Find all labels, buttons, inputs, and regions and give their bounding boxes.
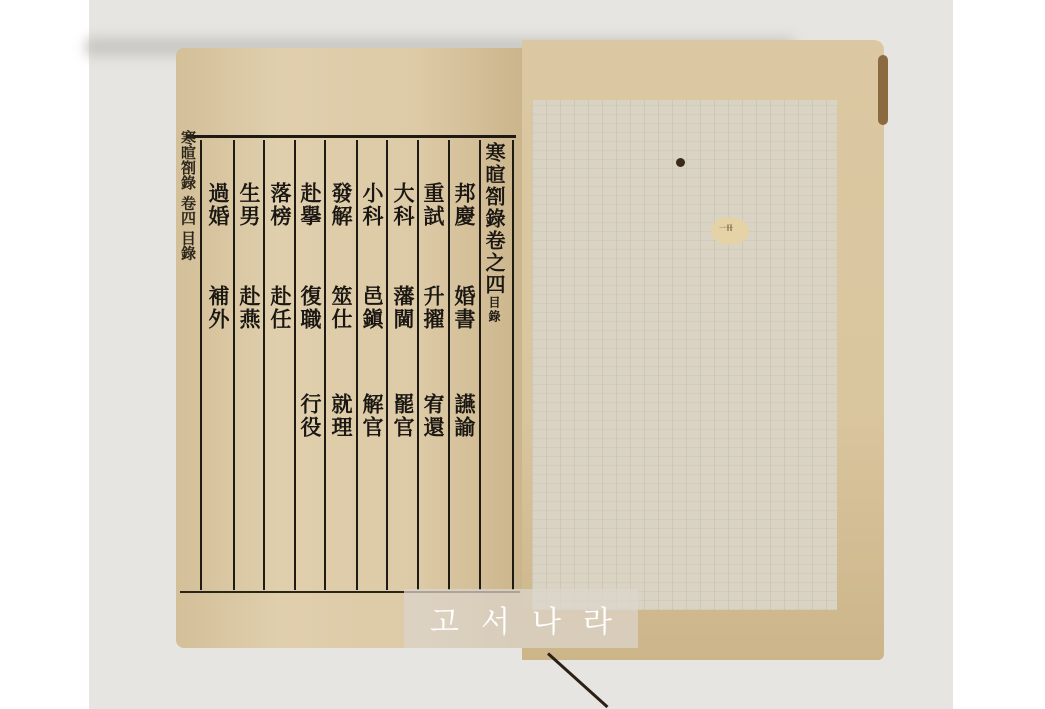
entry: 重試 xyxy=(421,182,445,228)
column-rule xyxy=(356,140,358,590)
entry: 升擢 xyxy=(421,285,445,331)
entry: 小科 xyxy=(360,182,384,228)
entry: 解官 xyxy=(360,393,384,439)
entry: 筮仕 xyxy=(329,285,353,331)
frame-top-border xyxy=(186,135,516,138)
entry: 落榜 xyxy=(268,182,292,228)
spine-edge-title: 寒暄劄錄 卷四 目錄 xyxy=(178,130,199,260)
entry: 大科 xyxy=(391,182,415,228)
volume-title: 寒暄劄錄卷之四目錄 xyxy=(482,142,506,324)
column-rule xyxy=(386,140,388,590)
column-rule xyxy=(263,140,265,590)
watermark-text: 고서나라 xyxy=(430,597,634,641)
column-rule xyxy=(324,140,326,590)
left-page xyxy=(176,48,522,648)
entry: 赴擧 xyxy=(298,182,322,228)
entry: 行役 xyxy=(298,393,322,439)
entry: 補外 xyxy=(206,285,230,331)
entry: 赴燕 xyxy=(237,285,261,331)
column-rule xyxy=(417,140,419,590)
column-rule xyxy=(294,140,296,590)
right-page xyxy=(522,40,884,660)
entry: 讌諭 xyxy=(452,393,476,439)
watermark: 고서나라 xyxy=(404,589,638,648)
volume-title-text: 寒暄劄錄卷之四 xyxy=(482,142,506,296)
column-rule xyxy=(512,140,514,590)
column-rule xyxy=(233,140,235,590)
column-rule xyxy=(200,140,202,590)
toc-label: 目錄 xyxy=(487,296,501,324)
entry: 發解 xyxy=(329,182,353,228)
entry: 邦慶 xyxy=(452,182,476,228)
entry: 復職 xyxy=(298,285,322,331)
backing-paper xyxy=(532,100,837,610)
repair-patch: 一冊 xyxy=(711,217,749,245)
entry: 婚書 xyxy=(452,285,476,331)
entry: 罷官 xyxy=(391,393,415,439)
entry: 過婚 xyxy=(206,182,230,228)
worm-hole xyxy=(676,158,685,167)
page-flap xyxy=(878,55,888,125)
entry: 邑鎭 xyxy=(360,285,384,331)
column-rule xyxy=(479,140,481,590)
entry: 生男 xyxy=(237,182,261,228)
entry: 就理 xyxy=(329,393,353,439)
entry: 宥還 xyxy=(421,393,445,439)
column-rule xyxy=(448,140,450,590)
entry: 赴任 xyxy=(268,285,292,331)
entry: 藩閫 xyxy=(391,285,415,331)
